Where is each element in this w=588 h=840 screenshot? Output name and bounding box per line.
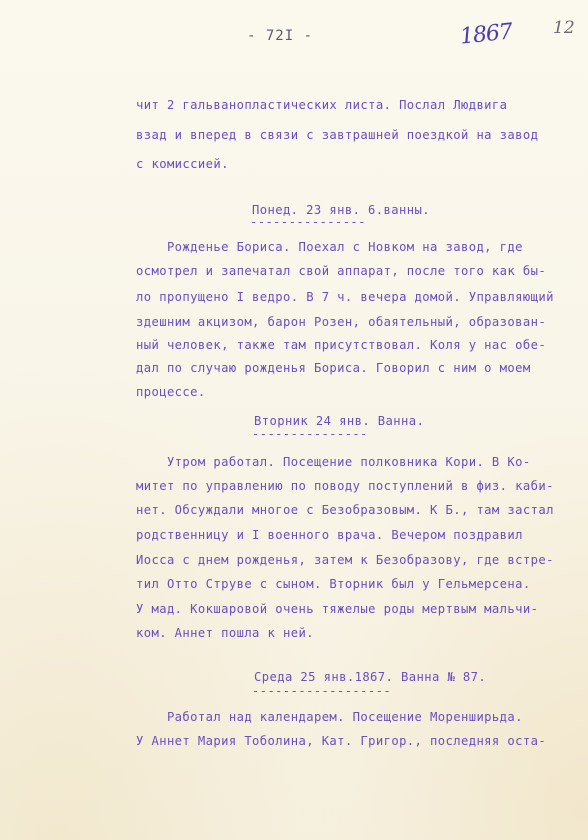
- text-line: У мад. Кокшаровой очень тяжелые роды мер…: [136, 602, 538, 616]
- text-line: дал по случаю рожденья Бориса. Говорил с…: [136, 361, 531, 375]
- text-line: родственницу и I военного врача. Вечером…: [136, 528, 523, 542]
- text-line: нет. Обсуждали многое с Безобразовым. К …: [136, 503, 554, 517]
- heading-underline: ---------------: [250, 215, 366, 229]
- document-page: - 72I - 1867 12 чит 2 гальванопластическ…: [0, 0, 588, 840]
- text-line: с комиссией.: [136, 157, 229, 171]
- text-line: митет по управлению по поводу поступлени…: [136, 479, 554, 493]
- text-line: У Аннет Мария Тоболина, Кат. Григор., по…: [136, 734, 546, 748]
- text-line: Работал над календарем. Посещение Моренш…: [136, 710, 523, 724]
- text-line: ный человек, также там присутствовал. Ко…: [136, 338, 546, 352]
- text-line: Иосса с днем рожденья, затем к Безобразо…: [136, 553, 554, 567]
- entry-heading-jan-24: Вторник 24 янв. Ванна.: [254, 414, 424, 428]
- text-line: здешним акцизом, барон Розен, обаятельны…: [136, 315, 546, 329]
- text-line: тил Отто Струве с сыном. Вторник был у Г…: [136, 577, 531, 591]
- text-line: процессе.: [136, 385, 206, 399]
- text-line: взад и вперед в связи с завтрашней поезд…: [136, 128, 538, 142]
- handwritten-year-annotation: 1867: [459, 19, 513, 49]
- text-line: чит 2 гальванопластических листа. Послал…: [136, 98, 507, 112]
- text-line: Утром работал. Посещение полковника Кори…: [136, 455, 531, 469]
- text-line: осмотрел и запечатал свой аппарат, после…: [136, 264, 546, 278]
- page-number: - 72I -: [247, 28, 313, 44]
- entry-heading-jan-25: Среда 25 янв.1867. Ванна № 87.: [254, 670, 486, 684]
- text-line: ком. Аннет пошла к ней.: [136, 626, 314, 640]
- text-line: ло пропущено I ведро. В 7 ч. вечера домо…: [136, 290, 554, 304]
- text-line: Рожденье Бориса. Поехал с Новком на заво…: [136, 240, 523, 254]
- heading-underline: ------------------: [252, 684, 391, 698]
- heading-underline: ---------------: [252, 427, 368, 441]
- handwritten-sheet-number: 12: [553, 18, 575, 38]
